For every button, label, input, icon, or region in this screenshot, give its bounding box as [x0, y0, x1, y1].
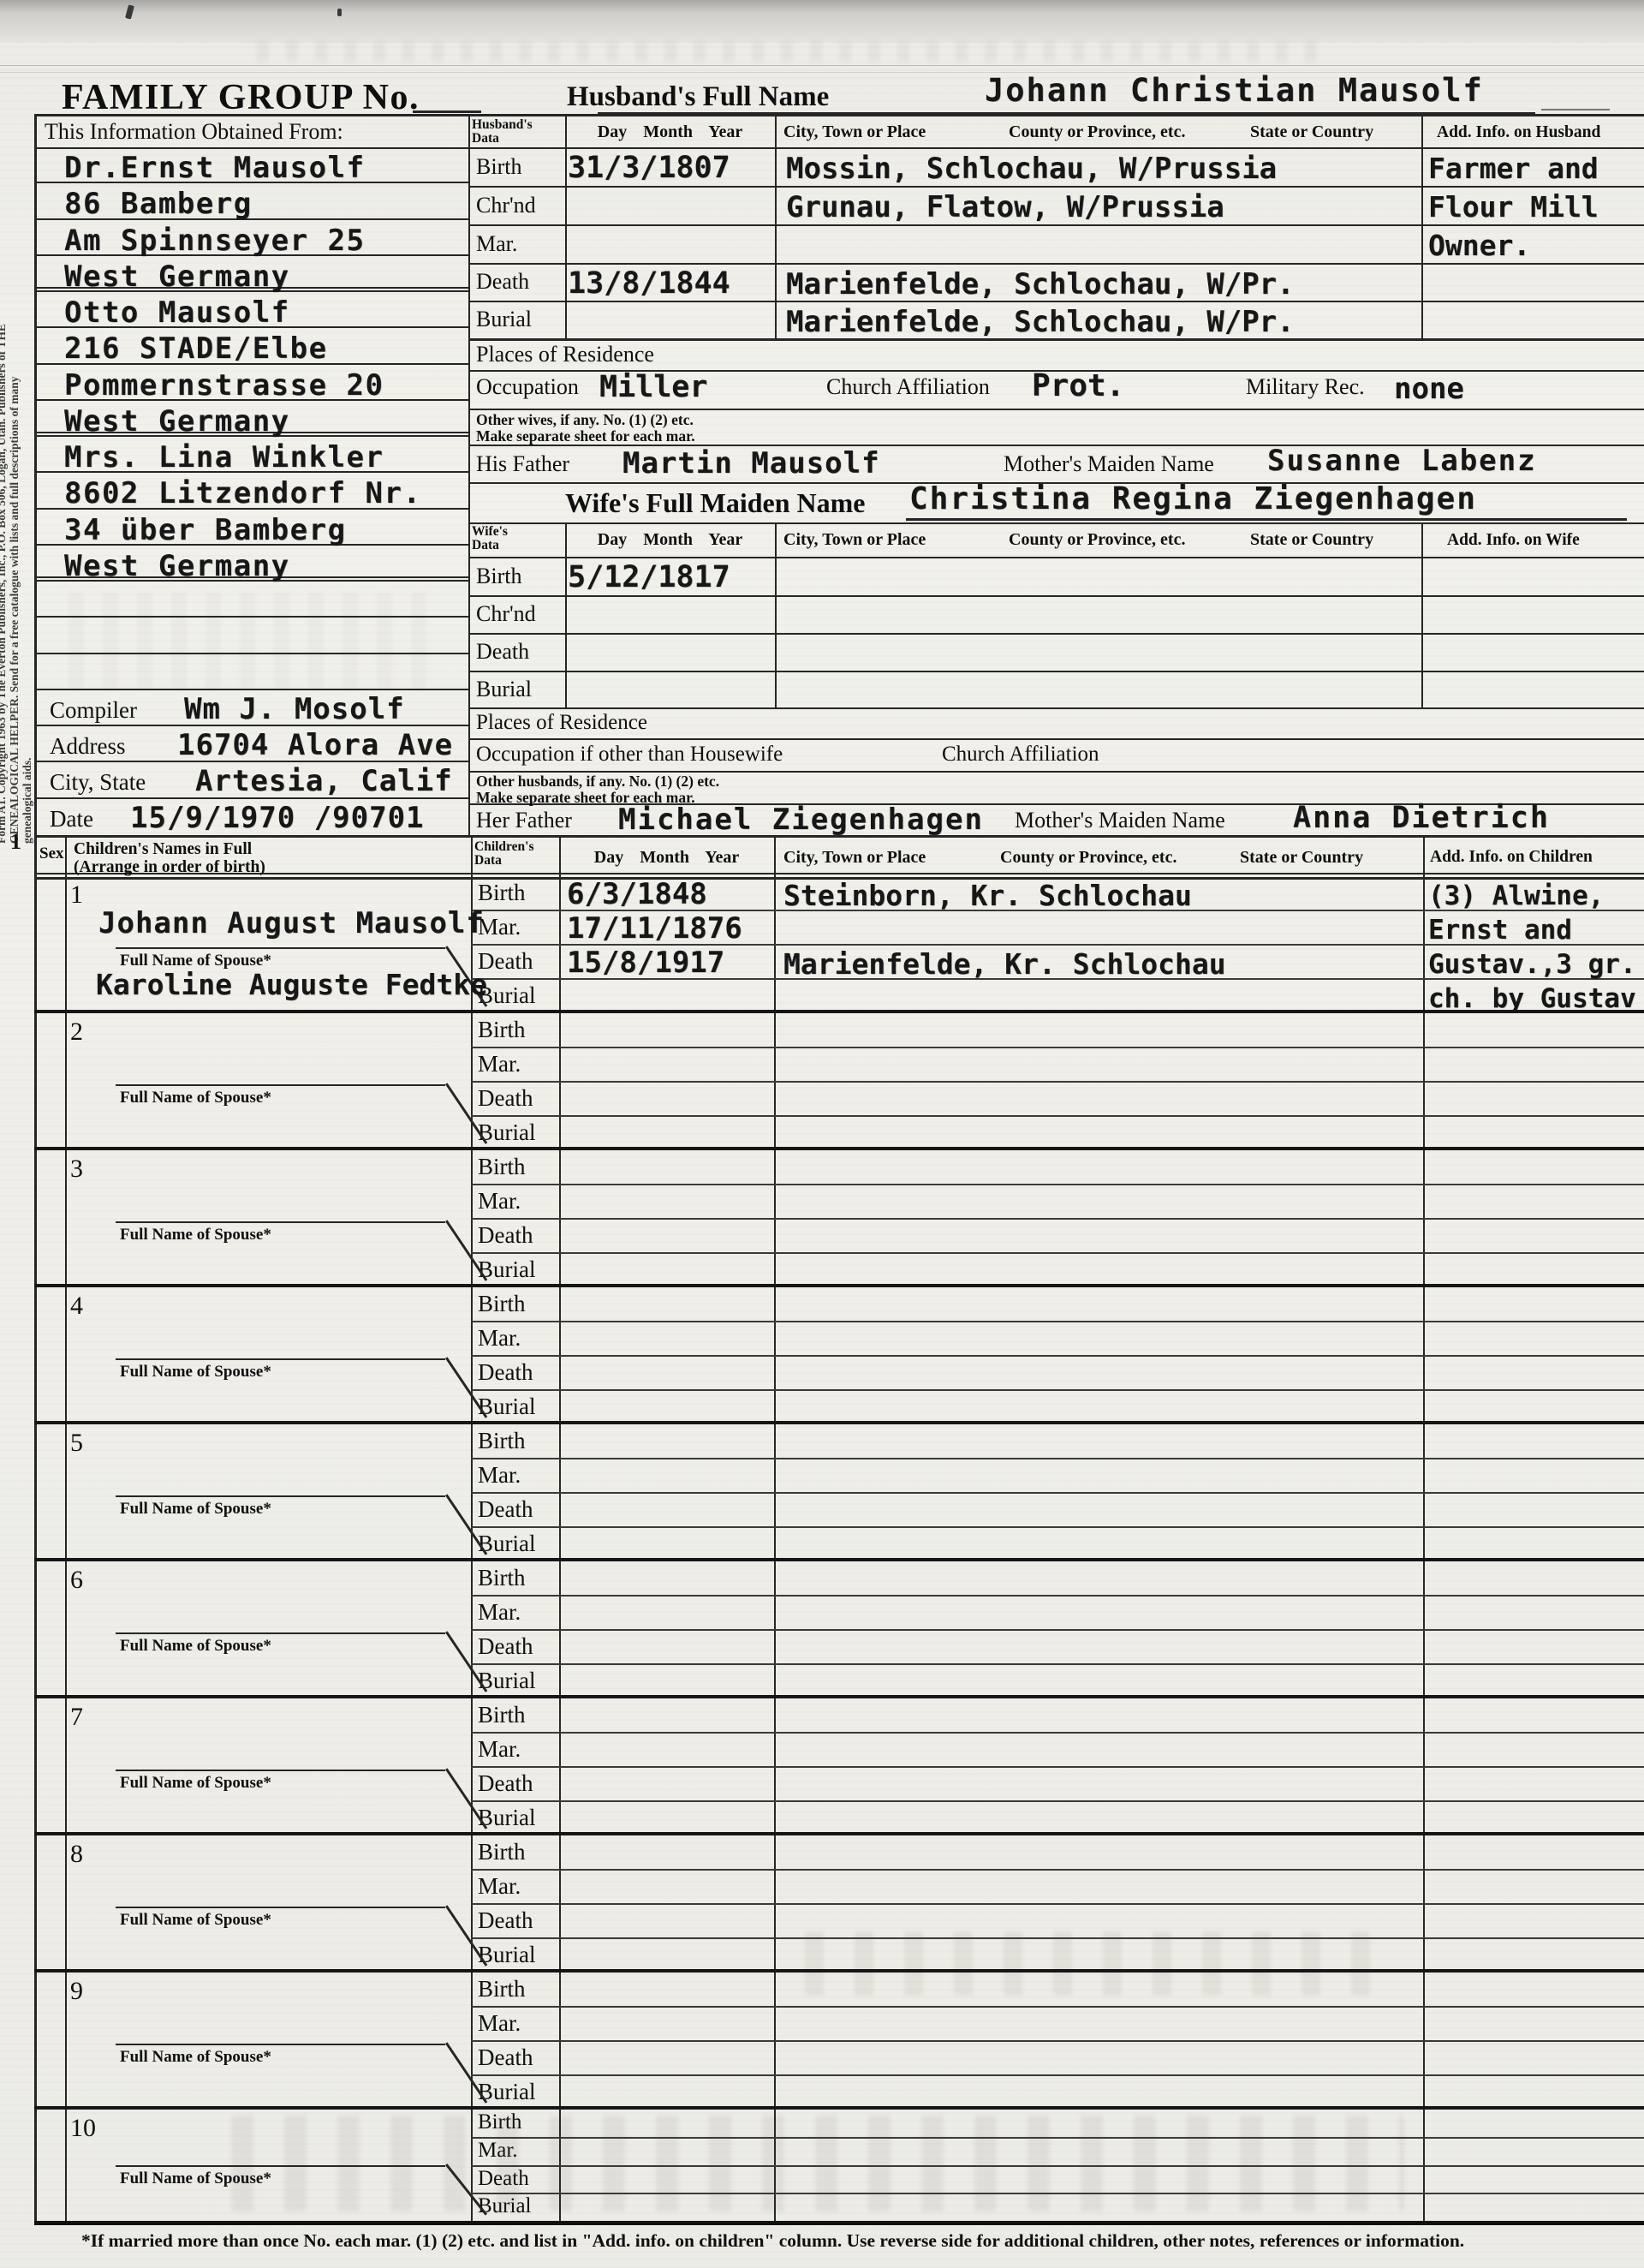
child-name: Johann August Mausolf — [98, 906, 485, 940]
rule-line — [471, 1355, 1644, 1357]
compiler-address-value: 16704 Alora Ave — [177, 728, 453, 762]
wife-father-value: Michael Ziegenhagen — [618, 803, 984, 837]
rule-line — [468, 595, 1644, 597]
scan-speck — [337, 9, 342, 16]
wife-mother-value: Anna Dietrich — [1293, 801, 1550, 835]
spouse-label: Full Name of Spouse* — [120, 1363, 271, 1382]
informant-line: 8602 Litzendorf Nr. — [64, 476, 421, 510]
husband-row-label: Birth — [476, 147, 521, 186]
rule-line — [116, 2165, 445, 2167]
rule-line — [471, 1526, 1644, 1528]
rule-line — [116, 1221, 445, 1223]
wife-father-label: Her Father — [476, 808, 572, 833]
child-number: 5 — [70, 1429, 83, 1458]
rule-line — [559, 835, 561, 2221]
rule-line — [471, 1492, 1644, 1494]
rule-line — [34, 147, 1644, 149]
child-birth-place: Steinborn, Kr. Schlochau — [783, 879, 1192, 912]
other-husbands-line1: Other husbands, if any. No. (1) (2) etc. — [476, 773, 719, 790]
children-sex-header: Sex — [39, 845, 64, 863]
other-wives-line2: Make separate sheet for each mar. — [476, 428, 695, 445]
children-state-header: State or Country — [1240, 848, 1363, 868]
rule-line — [471, 2137, 1644, 2139]
husband-row-label: Chr'nd — [476, 186, 536, 224]
wife-maiden-name-value: Christina Regina Ziegenhagen — [909, 481, 1477, 516]
wife-data-column-label: Wife's Data — [472, 525, 508, 552]
child-event-label: Death — [478, 1081, 533, 1115]
compiler-compiler-value: Wm J. Mosolf — [184, 692, 405, 726]
husband-row-date: 13/8/1844 — [568, 266, 730, 301]
spouse-label: Full Name of Spouse* — [120, 1226, 271, 1244]
husband-church-label: Church Affiliation — [826, 374, 990, 400]
rule-line — [34, 1695, 1644, 1698]
wife-state-header: State or Country — [1250, 530, 1373, 550]
compiler-date_label: Date — [50, 806, 93, 833]
husband-data-label-line2: Data — [472, 132, 533, 146]
child-event-label: Birth — [478, 875, 526, 910]
spouse-label: Full Name of Spouse* — [120, 1089, 271, 1107]
rule-line — [116, 2044, 445, 2045]
child-event-label: Death — [478, 2040, 533, 2074]
child-event-label: Death — [478, 1218, 533, 1252]
scan-crease — [0, 65, 1644, 66]
husband-addinfo-header: Add. Info. on Husband — [1437, 123, 1600, 142]
husband-data-column-label: Husband's Data — [472, 118, 533, 146]
rule-line — [34, 1010, 1644, 1013]
wife-row-label: Birth — [476, 557, 521, 595]
children-names-header-line1: Children's Names in Full — [74, 840, 265, 858]
rule-line — [775, 116, 777, 338]
rule-line — [34, 653, 468, 654]
husband-row-place: Grunau, Flatow, W/Prussia — [786, 190, 1224, 224]
husband-dmy-header: Day Month Year — [565, 122, 775, 142]
rule-line — [116, 1495, 445, 1497]
child-event-label: Death — [478, 1355, 533, 1389]
rule-line — [116, 1770, 445, 1771]
informant-line: Am Spinnseyer 25 — [64, 224, 366, 258]
rule-line — [34, 616, 468, 618]
rule-line — [471, 1047, 1644, 1048]
rule-line — [34, 2221, 1644, 2225]
child-number: 6 — [70, 1566, 83, 1595]
rule-line — [116, 1907, 445, 1908]
rule-line — [1421, 522, 1423, 707]
child-event-label: Birth — [478, 1972, 526, 2006]
informant-line: Dr.Ernst Mausolf — [64, 151, 366, 185]
child-event-label: Death — [478, 1629, 533, 1663]
child-event-label: Mar. — [478, 1047, 521, 1081]
husband-city-header: City, Town or Place — [783, 122, 926, 142]
rule-line — [471, 2074, 1644, 2076]
child-event-label: Birth — [478, 1012, 526, 1047]
rule-line — [34, 1147, 1644, 1150]
informant-line: Mrs. Lina Winkler — [64, 440, 384, 474]
spouse-label: Full Name of Spouse* — [120, 1637, 271, 1656]
child-event-label: Death — [478, 1766, 533, 1800]
husband-military-label: Military Rec. — [1246, 374, 1365, 400]
printer-credit-text: Form A1. Copyright 1963 by The Everton P… — [0, 321, 43, 844]
child-number: 1 — [70, 880, 83, 910]
bleed-through-smudge — [257, 41, 1327, 62]
wife-data-label-line2: Data — [472, 539, 508, 552]
child-number: 9 — [70, 1977, 83, 2006]
compiler-compiler_label: Compiler — [50, 697, 137, 724]
wife-mother-label: Mother's Maiden Name — [1015, 808, 1225, 833]
rule-line — [34, 873, 1644, 874]
wife-row-label: Burial — [476, 671, 532, 707]
husband-other-wives-note: Other wives, if any. No. (1) (2) etc. Ma… — [476, 412, 695, 445]
child-death-date: 15/8/1917 — [567, 946, 724, 980]
child-addinfo-line: (3) Alwine, — [1428, 880, 1604, 911]
rule-line — [34, 1969, 1644, 1973]
rule-line — [471, 1869, 1644, 1871]
child-event-label: Birth — [478, 1423, 526, 1458]
rule-line — [471, 1218, 1644, 1220]
child-number: 10 — [70, 2114, 96, 2143]
child-event-label: Mar. — [478, 2006, 521, 2040]
husband-row-addinfo: Farmer and — [1428, 152, 1599, 185]
rule-line — [471, 1389, 1644, 1391]
child-event-label: Burial — [478, 1252, 536, 1286]
husband-row-addinfo: Owner. — [1428, 229, 1530, 262]
husband-county-header: County or Province, etc. — [1009, 122, 1185, 142]
husband-military-value: none — [1394, 372, 1464, 406]
child-event-label: Mar. — [478, 1458, 521, 1492]
children-city-header: City, Town or Place — [783, 848, 926, 868]
informant-line: Pommernstrasse 20 — [64, 368, 384, 403]
informant-line: Otto Mausolf — [64, 295, 290, 330]
children-names-header-line2: (Arrange in order of birth) — [74, 858, 265, 876]
rule-line — [468, 522, 1644, 524]
rule-line — [471, 1766, 1644, 1768]
wife-row-date: 5/12/1817 — [568, 560, 730, 594]
rule-line — [34, 1421, 1644, 1424]
children-names-header: Children's Names in Full (Arrange in ord… — [74, 840, 265, 876]
child-number: 2 — [70, 1018, 83, 1047]
rule-line — [471, 1903, 1644, 1905]
wife-maiden-name-label: Wife's Full Maiden Name — [565, 487, 866, 519]
husband-occupation-label: Occupation — [476, 374, 579, 400]
rule-line — [34, 2106, 1644, 2110]
child-event-label: Birth — [478, 1561, 526, 1595]
rule-line — [471, 835, 473, 2221]
rule-line — [471, 1937, 1644, 1939]
wife-addinfo-header: Add. Info. on Wife — [1447, 531, 1580, 550]
footnote: *If married more than once No. each mar.… — [81, 2230, 1464, 2252]
children-data-column-label: Children's Data — [474, 840, 534, 868]
child-number: 4 — [70, 1292, 83, 1321]
spouse-label: Full Name of Spouse* — [120, 2048, 271, 2067]
rule-line — [471, 1800, 1644, 1802]
child-event-label: Birth — [478, 1835, 526, 1869]
child-event-label: Mar. — [478, 1321, 521, 1355]
rule-line — [471, 1081, 1644, 1083]
husband-row-addinfo: Flour Mill — [1428, 190, 1599, 224]
rule-line — [471, 2193, 1644, 2194]
bleed-through-smudge — [805, 1931, 1387, 1996]
husband-father-label: His Father — [476, 451, 569, 477]
child-event-label: Burial — [478, 2074, 536, 2109]
rule-line — [116, 1084, 445, 1086]
child-event-label: Death — [478, 1903, 533, 1937]
wife-data-label-line1: Wife's — [472, 525, 508, 539]
rule-line — [774, 835, 776, 2221]
bleed-through-smudge — [231, 2116, 1404, 2211]
scan-top-margin — [0, 0, 1644, 43]
child-event-label: Burial — [478, 1115, 536, 1149]
rule-line — [468, 224, 1644, 226]
child-event-label: Mar. — [478, 1184, 521, 1218]
husband-state-header: State or Country — [1250, 122, 1373, 142]
husband-row-place: Marienfelde, Schlochau, W/Pr. — [786, 305, 1295, 339]
informant-line: 216 STADE/Elbe — [64, 331, 328, 366]
husband-data-label-line1: Husband's — [472, 118, 533, 132]
children-data-label-line2: Data — [474, 854, 534, 868]
informant-line: West Germany — [64, 404, 290, 439]
husband-row-label: Mar. — [476, 224, 517, 263]
child-addinfo-line: Ernst and — [1428, 915, 1572, 946]
rule-line — [116, 1358, 445, 1360]
informant-line: West Germany — [64, 549, 290, 583]
child-death-place: Marienfelde, Kr. Schlochau — [783, 947, 1226, 981]
rule-line — [1541, 109, 1610, 110]
rule-line — [116, 1632, 445, 1634]
rule-line — [471, 1663, 1644, 1665]
compiler-address_label: Address — [50, 733, 126, 760]
husband-row-label: Death — [476, 263, 529, 301]
wife-other-husbands-note: Other husbands, if any. No. (1) (2) etc.… — [476, 773, 719, 806]
children-dmy-header: Day Month Year — [559, 848, 774, 868]
rule-line — [468, 409, 1644, 410]
husband-places-label: Places of Residence — [476, 342, 654, 367]
rule-line — [468, 186, 1644, 188]
child-event-label: Burial — [478, 1937, 536, 1972]
child-event-label: Mar. — [478, 1732, 521, 1766]
rule-line — [906, 518, 1627, 521]
spouse-label: Full Name of Spouse* — [120, 1500, 271, 1519]
wife-dmy-header: Day Month Year — [565, 530, 775, 550]
rule-line — [471, 2165, 1644, 2167]
spouse-label: Full Name of Spouse* — [120, 1774, 271, 1793]
wife-row-label: Death — [476, 633, 529, 671]
informant-line: 86 Bamberg — [64, 187, 253, 221]
child-event-label: Mar. — [478, 1869, 521, 1903]
husband-mother-label: Mother's Maiden Name — [1004, 451, 1214, 477]
child-event-label: Burial — [478, 1663, 536, 1698]
husband-row-place: Marienfelde, Schlochau, W/Pr. — [786, 267, 1295, 301]
rule-line — [471, 2040, 1644, 2042]
compiler-date-value: 15/9/1970 /90701 — [130, 801, 425, 835]
compiler-city-value: Artesia, Calif — [195, 764, 453, 798]
rule-line — [468, 557, 1644, 558]
wife-church-label: Church Affiliation — [942, 743, 1099, 767]
rule-line — [34, 1284, 1644, 1287]
informant-section-label: This Information Obtained From: — [45, 119, 343, 145]
child-addinfo-line: ch. by Gustav — [1428, 983, 1636, 1014]
rule-line — [471, 2006, 1644, 2008]
informant-line: West Germany — [64, 260, 290, 294]
rule-line — [471, 1252, 1644, 1254]
rule-line — [34, 1832, 1644, 1835]
child-event-label: Burial — [478, 1526, 536, 1561]
child-addinfo-line: Gustav.,3 gr. — [1428, 949, 1636, 980]
informant-line: 34 über Bamberg — [64, 513, 347, 547]
husband-full-name-value: Johann Christian Mausolf — [985, 72, 1484, 109]
rule-line — [471, 1184, 1644, 1185]
rule-line — [565, 522, 567, 707]
rule-line — [471, 1321, 1644, 1322]
child-number: 8 — [70, 1840, 83, 1869]
wife-places-label: Places of Residence — [476, 711, 647, 735]
rule-line — [65, 835, 67, 2221]
family-group-record-form: Form A1. Copyright 1963 by The Everton P… — [0, 0, 1644, 2268]
form-title: FAMILY GROUP No. — [62, 77, 420, 118]
child-event-label: Death — [478, 1492, 533, 1526]
wife-county-header: County or Province, etc. — [1009, 530, 1185, 550]
child-event-label: Burial — [478, 1800, 536, 1835]
child-event-label: Birth — [478, 1286, 526, 1321]
rule-line — [468, 263, 1644, 265]
rule-line — [565, 116, 567, 338]
children-county-header: County or Province, etc. — [1000, 848, 1176, 868]
child-event-label: Birth — [478, 1149, 526, 1184]
child-number: 7 — [70, 1703, 83, 1732]
husband-row-place: Mossin, Schlochau, W/Prussia — [786, 152, 1277, 186]
rule-line — [1421, 116, 1423, 338]
rule-line — [775, 522, 777, 707]
form-page-number: 1 — [10, 829, 21, 855]
husband-row-date: 31/3/1807 — [568, 151, 730, 185]
spouse-label: Full Name of Spouse* — [120, 1911, 271, 1930]
child-spouse-name: Karoline Auguste Fedtke — [96, 968, 487, 1001]
child-event-label: Birth — [478, 1698, 526, 1732]
rule-line — [1423, 835, 1425, 2221]
rule-line — [468, 116, 470, 835]
rule-line — [34, 1558, 1644, 1561]
bleed-through-smudge — [68, 591, 445, 689]
husband-full-name-label: Husband's Full Name — [567, 81, 829, 113]
rule-line — [468, 633, 1644, 635]
child-event-label: Burial — [478, 1389, 536, 1423]
rule-line — [471, 1629, 1644, 1631]
rule-line — [468, 707, 1644, 709]
rule-line — [413, 110, 481, 113]
husband-father-value: Martin Mausolf — [622, 446, 880, 480]
rule-line — [471, 1458, 1644, 1459]
wife-occupation-label: Occupation if other than Housewife — [476, 743, 783, 767]
child-mar-date: 17/11/1876 — [567, 911, 742, 946]
child-birth-date: 6/3/1848 — [567, 877, 707, 911]
husband-occupation-value: Miller — [599, 370, 707, 404]
rule-line — [116, 947, 445, 949]
rule-line — [471, 1732, 1644, 1734]
rule-line — [34, 689, 468, 690]
rule-line — [468, 671, 1644, 672]
other-wives-line1: Other wives, if any. No. (1) (2) etc. — [476, 412, 695, 428]
husband-row-label: Burial — [476, 301, 532, 338]
child-number: 3 — [70, 1155, 83, 1184]
child-event-label: Mar. — [478, 1595, 521, 1629]
rule-line — [468, 738, 1644, 740]
compiler-city_label: City, State — [50, 769, 146, 796]
wife-city-header: City, Town or Place — [783, 530, 926, 550]
wife-row-label: Chr'nd — [476, 595, 536, 633]
rule-line — [471, 1595, 1644, 1597]
husband-mother-value: Susanne Labenz — [1267, 444, 1537, 478]
children-data-label-line1: Children's — [474, 840, 534, 854]
husband-church-value: Prot. — [1032, 368, 1124, 403]
children-addinfo-header: Add. Info. on Children — [1430, 848, 1593, 867]
rule-line — [471, 1115, 1644, 1117]
